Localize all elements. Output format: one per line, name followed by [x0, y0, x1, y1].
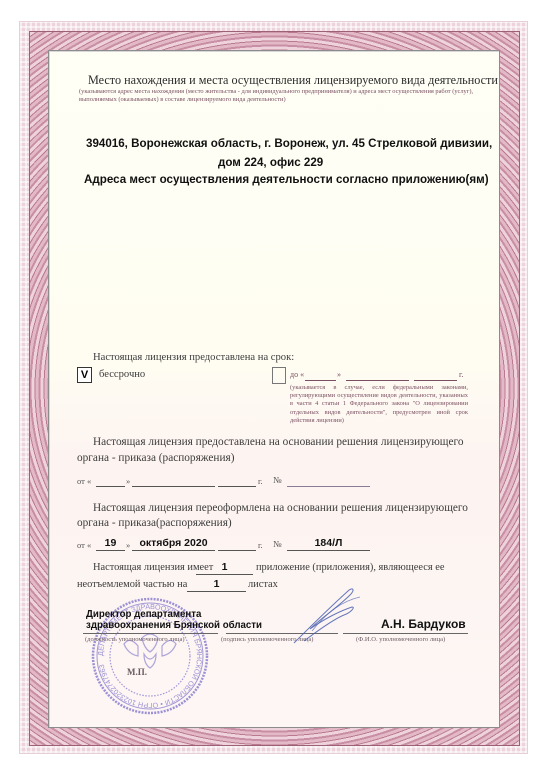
reissue-day-line	[96, 550, 125, 551]
grant-date-prefix: от «	[77, 476, 91, 486]
reissue-number-line	[287, 550, 370, 551]
until-year-suffix: г.	[459, 370, 463, 379]
section-title: Место нахождения и места осуществления л…	[88, 73, 498, 88]
reissue-month-line	[132, 550, 215, 551]
reissue-text-line-1: Настоящая лицензия переоформлена на осно…	[93, 502, 468, 514]
reissue-year-line	[218, 550, 256, 551]
until-date-checkbox[interactable]	[272, 367, 286, 384]
until-year-line	[414, 380, 457, 381]
caption-position: (должность уполномоченного лица)	[85, 636, 185, 643]
section-note: (указываются адрес места нахождения (мес…	[79, 88, 479, 104]
term-label: Настоящая лицензия предоставлена на срок…	[93, 352, 294, 363]
reissue-quote-close: »	[126, 540, 130, 550]
until-day-line	[305, 380, 336, 381]
reissue-date-prefix: от «	[77, 540, 91, 550]
grant-year-line	[218, 486, 256, 487]
grant-year-suffix: г.	[258, 476, 263, 486]
address-line-1: 394016, Воронежская область, г. Воронеж,…	[86, 137, 492, 150]
signatory-position-line-1: Директор департамента	[86, 609, 262, 620]
appendix-text-c: неотъемлемой частью на	[77, 579, 187, 590]
signatory-name: А.Н. Бардуков	[381, 617, 466, 631]
reissue-number-prefix: №	[273, 539, 282, 549]
address-line-3: Адреса мест осуществления деятельности с…	[84, 173, 489, 186]
indefinite-label: бессрочно	[99, 369, 145, 380]
seal-mark-label: М.П.	[127, 667, 147, 677]
address-line-2: дом 224, офис 229	[218, 156, 323, 169]
grant-month-line	[132, 486, 215, 487]
appendix-sheets-line	[187, 591, 246, 592]
until-note: (указывается в случае, если федеральными…	[290, 384, 468, 425]
grant-number-line	[287, 486, 370, 487]
handwritten-signature-icon	[290, 585, 370, 645]
until-quote-close: »	[337, 370, 341, 379]
until-month-line	[346, 380, 409, 381]
indefinite-checkbox[interactable]: V	[77, 367, 92, 383]
signatory-position: Директор департамента здравоохранения Бр…	[86, 609, 262, 631]
reissue-number: 184/Л	[287, 537, 370, 549]
reissue-year-suffix: г.	[258, 540, 263, 550]
appendix-text-d: листах	[248, 579, 278, 590]
grant-day-line	[96, 486, 125, 487]
signatory-position-line-2: здравоохранения Брянской области	[86, 620, 262, 631]
reissue-month-year: октября 2020	[132, 537, 215, 549]
appendix-text-b: приложение (приложения), являющееся ее	[256, 562, 445, 573]
appendix-sheets: 1	[187, 578, 246, 590]
appendix-count-line	[196, 574, 253, 575]
reissue-text-line-2: органа - приказа(распоряжения)	[77, 517, 232, 529]
until-prefix: до «	[290, 370, 304, 379]
reissue-day: 19	[96, 537, 125, 549]
grant-text-line-2: органа - приказа (распоряжения)	[77, 452, 234, 464]
grant-number-prefix: №	[273, 475, 282, 485]
appendix-count: 1	[196, 561, 253, 573]
position-underline	[83, 633, 218, 634]
grant-quote-close: »	[126, 476, 130, 486]
grant-text-line-1: Настоящая лицензия предоставлена на осно…	[93, 436, 463, 448]
